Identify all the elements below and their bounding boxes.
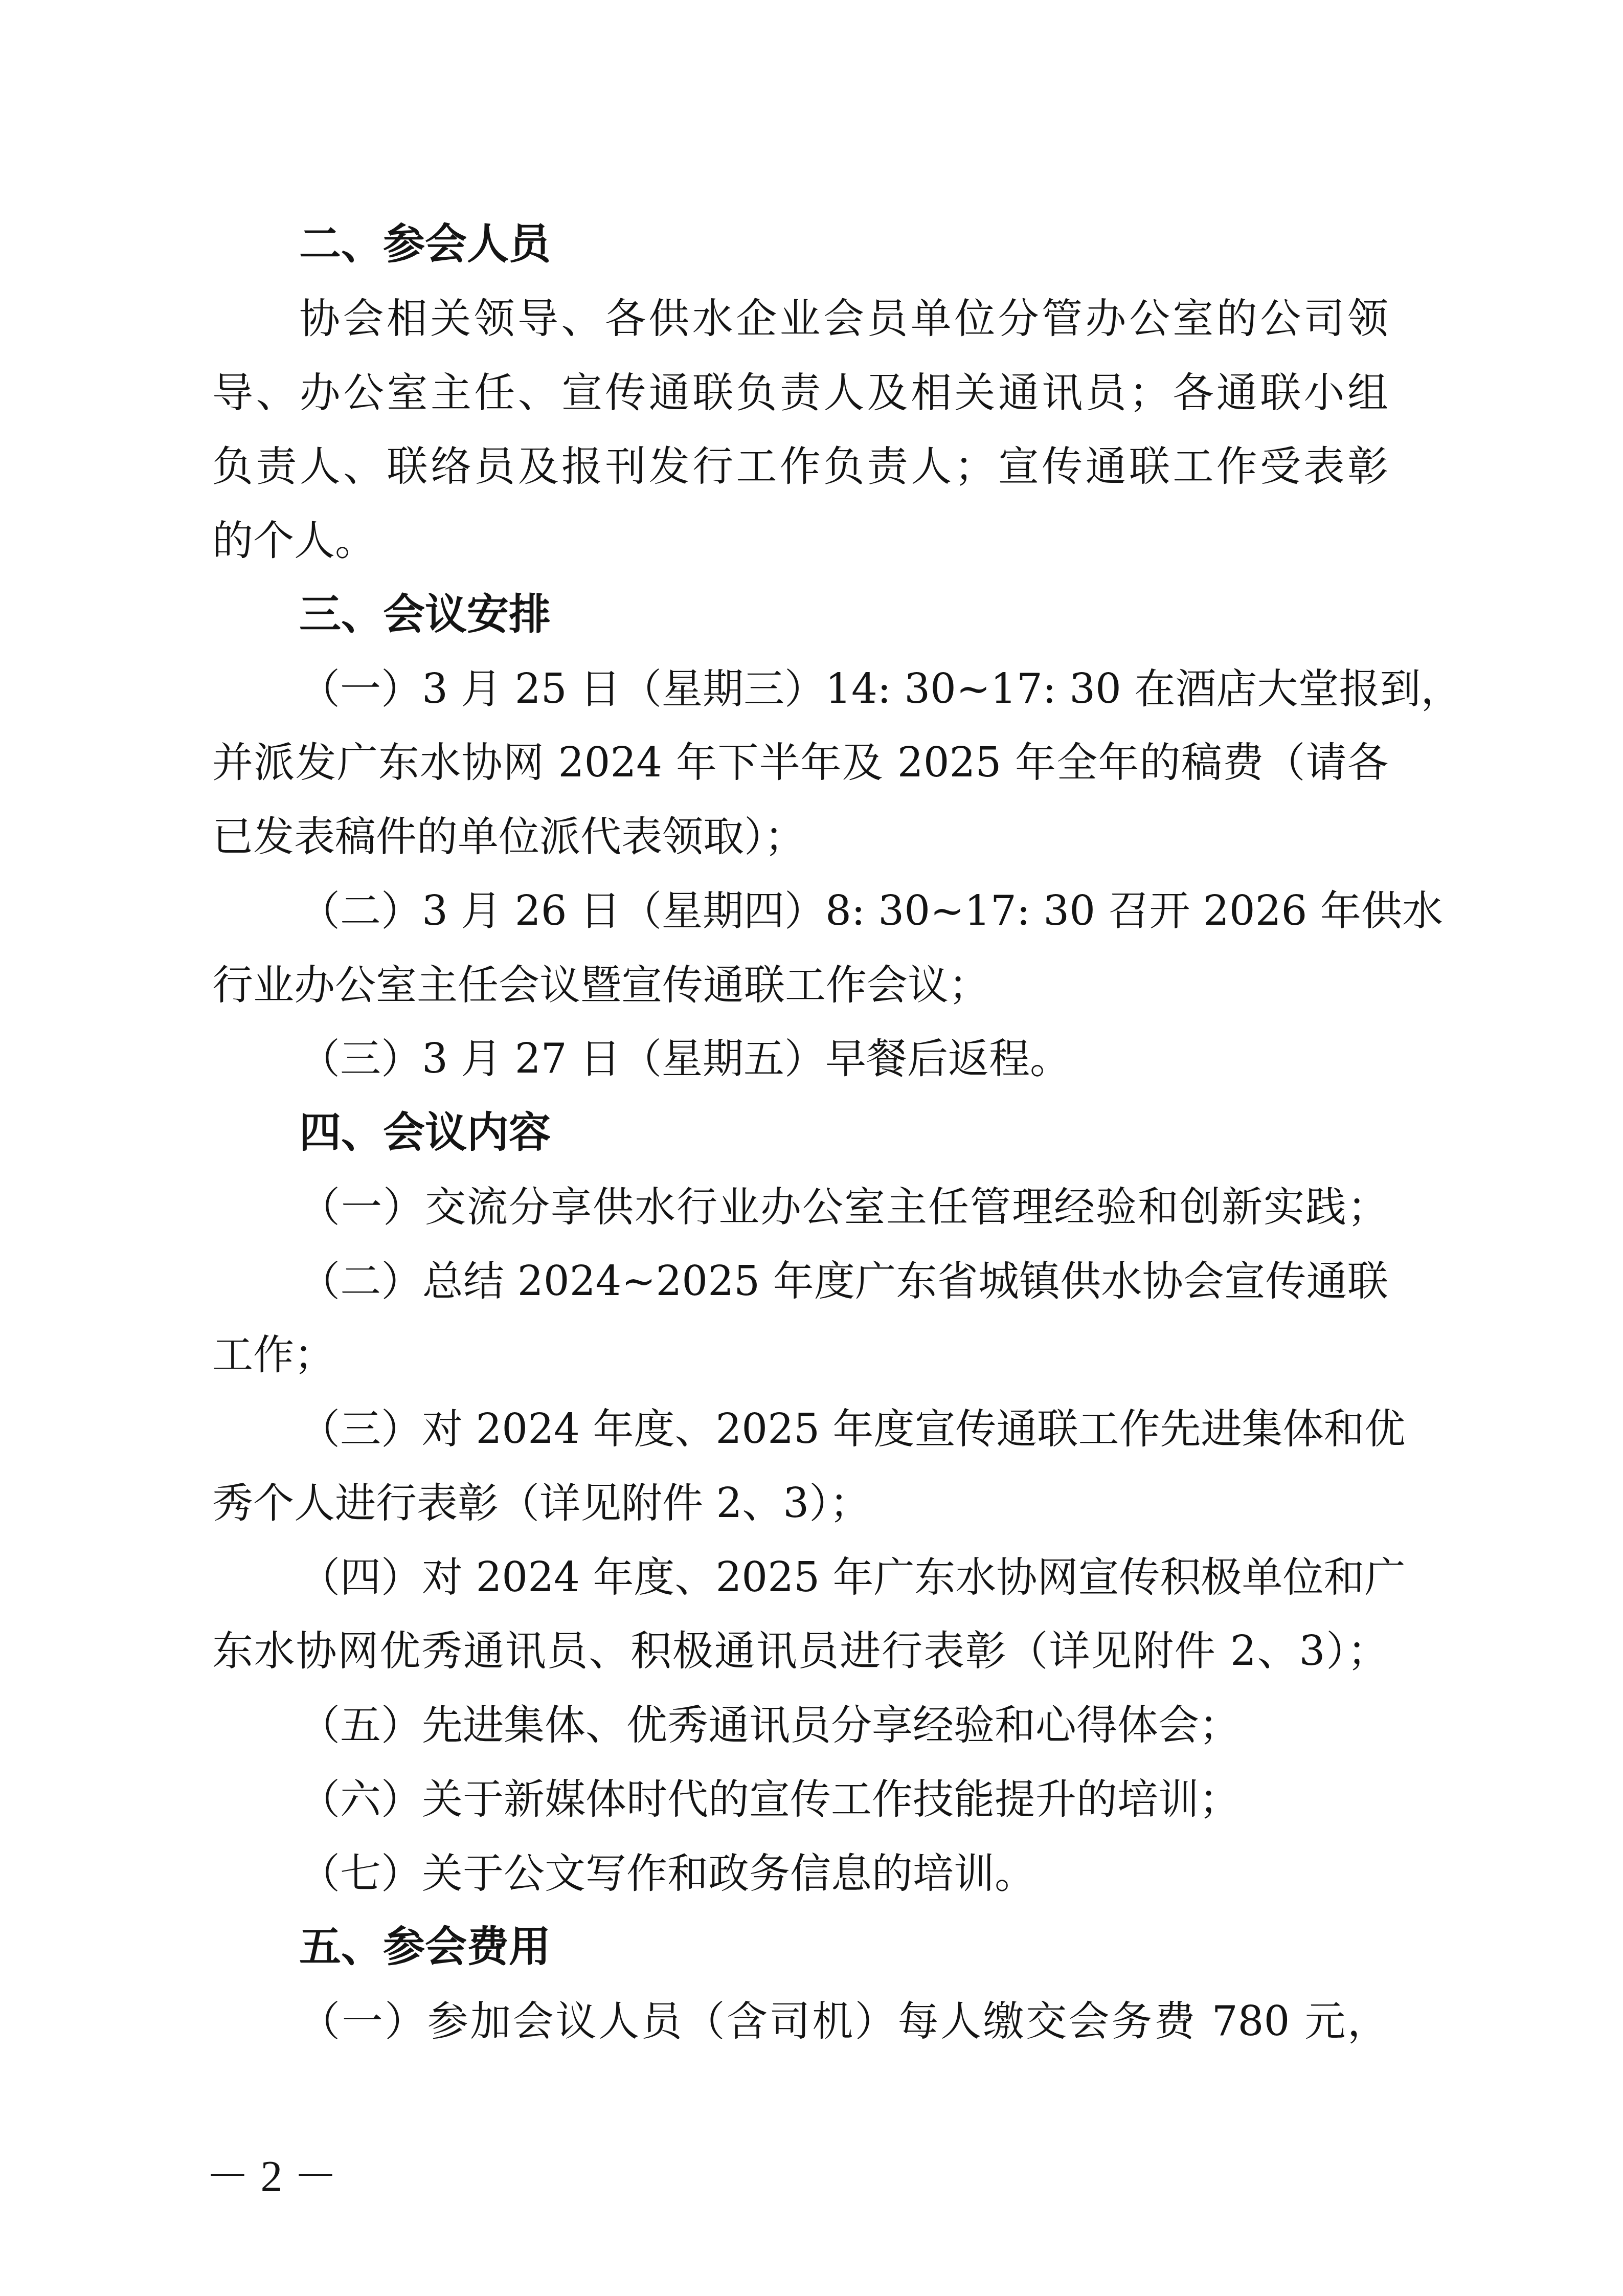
section-heading-content: 四、会议内容 xyxy=(212,1096,1388,1170)
content-item-7-line: （七）关于公文写作和政务信息的培训。 xyxy=(212,1837,1388,1911)
paragraph-line: 导、办公室主任、宣传通联负责人及相关通讯员；各通联小组 xyxy=(212,356,1388,430)
content-item-5-line: （五）先进集体、优秀通讯员分享经验和心得体会； xyxy=(212,1688,1388,1763)
schedule-item-3-line: （三）3 月 27 日（星期五）早餐后返程。 xyxy=(212,1022,1388,1096)
section-heading-fees: 五、参会费用 xyxy=(212,1910,1388,1985)
content-item-4-line: （四）对 2024 年度、2025 年广东水协网宣传积极单位和广 xyxy=(212,1541,1388,1615)
paragraph-line: 协会相关领导、各供水企业会员单位分管办公室的公司领 xyxy=(212,282,1388,356)
content-item-3-line: 秀个人进行表彰（详见附件 2、3）； xyxy=(212,1466,1388,1541)
content-item-4-line: 东水协网优秀通讯员、积极通讯员进行表彰（详见附件 2、3）； xyxy=(212,1614,1388,1688)
content-item-1-line: （一）交流分享供水行业办公室主任管理经验和创新实践； xyxy=(212,1170,1388,1244)
paragraph-line: 的个人。 xyxy=(212,504,1388,578)
schedule-item-1-line: 已发表稿件的单位派代表领取）； xyxy=(212,800,1388,874)
page-number: － 2 － xyxy=(206,2148,337,2204)
schedule-item-2-line: （二）3 月 26 日（星期四）8: 30~17: 30 召开 2026 年供水 xyxy=(212,874,1388,948)
section-heading-schedule: 三、会议安排 xyxy=(212,578,1388,652)
schedule-item-2-line: 行业办公室主任会议暨宣传通联工作会议； xyxy=(212,948,1388,1022)
content-item-6-line: （六）关于新媒体时代的宣传工作技能提升的培训； xyxy=(212,1763,1388,1837)
content-item-3-line: （三）对 2024 年度、2025 年度宣传通联工作先进集体和优 xyxy=(212,1392,1388,1466)
section-heading-attendees: 二、参会人员 xyxy=(212,208,1388,282)
schedule-item-1-line: 并派发广东水协网 2024 年下半年及 2025 年全年的稿费（请各 xyxy=(212,726,1388,800)
fees-item-1-line: （一）参加会议人员（含司机）每人缴交会务费 780 元， xyxy=(212,1985,1388,2059)
document-body: 二、参会人员 协会相关领导、各供水企业会员单位分管办公室的公司领 导、办公室主任… xyxy=(212,208,1388,2059)
paragraph-line: 负责人、联络员及报刊发行工作负责人；宣传通联工作受表彰 xyxy=(212,430,1388,504)
content-item-2-line: （二）总结 2024~2025 年度广东省城镇供水协会宣传通联 xyxy=(212,1244,1388,1319)
content-item-2-line: 工作； xyxy=(212,1318,1388,1392)
document-page: 二、参会人员 协会相关领导、各供水企业会员单位分管办公室的公司领 导、办公室主任… xyxy=(0,0,1623,2296)
schedule-item-1-line: （一）3 月 25 日（星期三）14: 30~17: 30 在酒店大堂报到， xyxy=(212,652,1388,726)
